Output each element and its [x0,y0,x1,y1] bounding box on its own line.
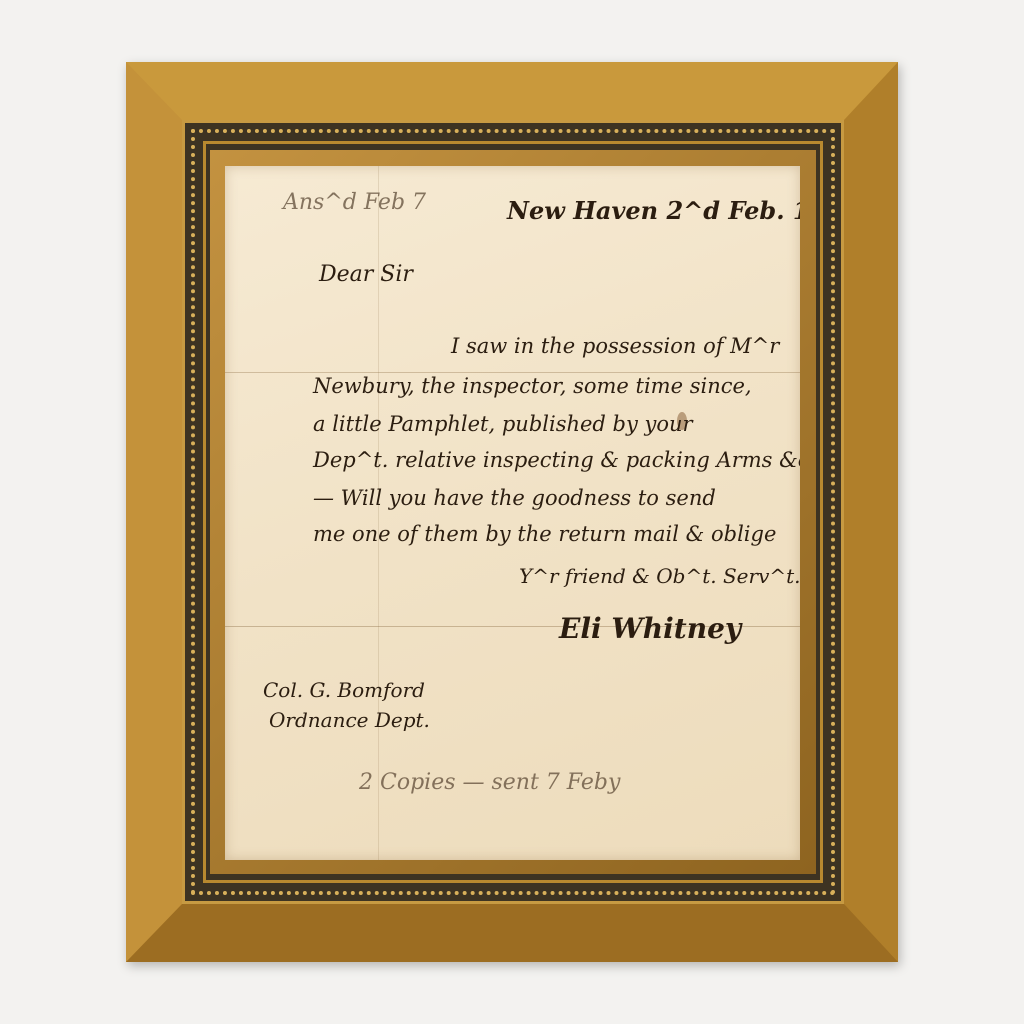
letter-salutation: Dear Sir [319,262,413,287]
addressee-department: Ordnance Dept. [269,708,430,732]
letter-body-line: I saw in the possession of M^r [451,334,779,358]
letter-body-line: Dep^t. relative inspecting & packing Arm… [313,448,800,472]
letter-body-line: — Will you have the goodness to send [313,486,716,510]
addressee-name: Col. G. Bomford [263,678,425,702]
letter-body-line: a little Pamphlet, published by your [313,412,693,436]
letter-body-line: me one of them by the return mail & obli… [313,522,776,546]
docket-note: 2 Copies — sent 7 Feby [359,770,620,795]
letter-body-line: Newbury, the inspector, some time since, [313,374,752,398]
letter-dateline: New Haven 2^d Feb. 1824 [507,196,800,225]
letter-paper: Ans^d Feb 7 New Haven 2^d Feb. 1824 Dear… [225,166,800,860]
letter-signature: Eli Whitney [559,612,741,645]
paper-fold-line [225,372,800,373]
endorsement-note: Ans^d Feb 7 [283,190,426,215]
picture-frame: Ans^d Feb 7 New Haven 2^d Feb. 1824 Dear… [126,62,898,962]
letter-closing: Y^r friend & Ob^t. Serv^t. [519,564,800,588]
